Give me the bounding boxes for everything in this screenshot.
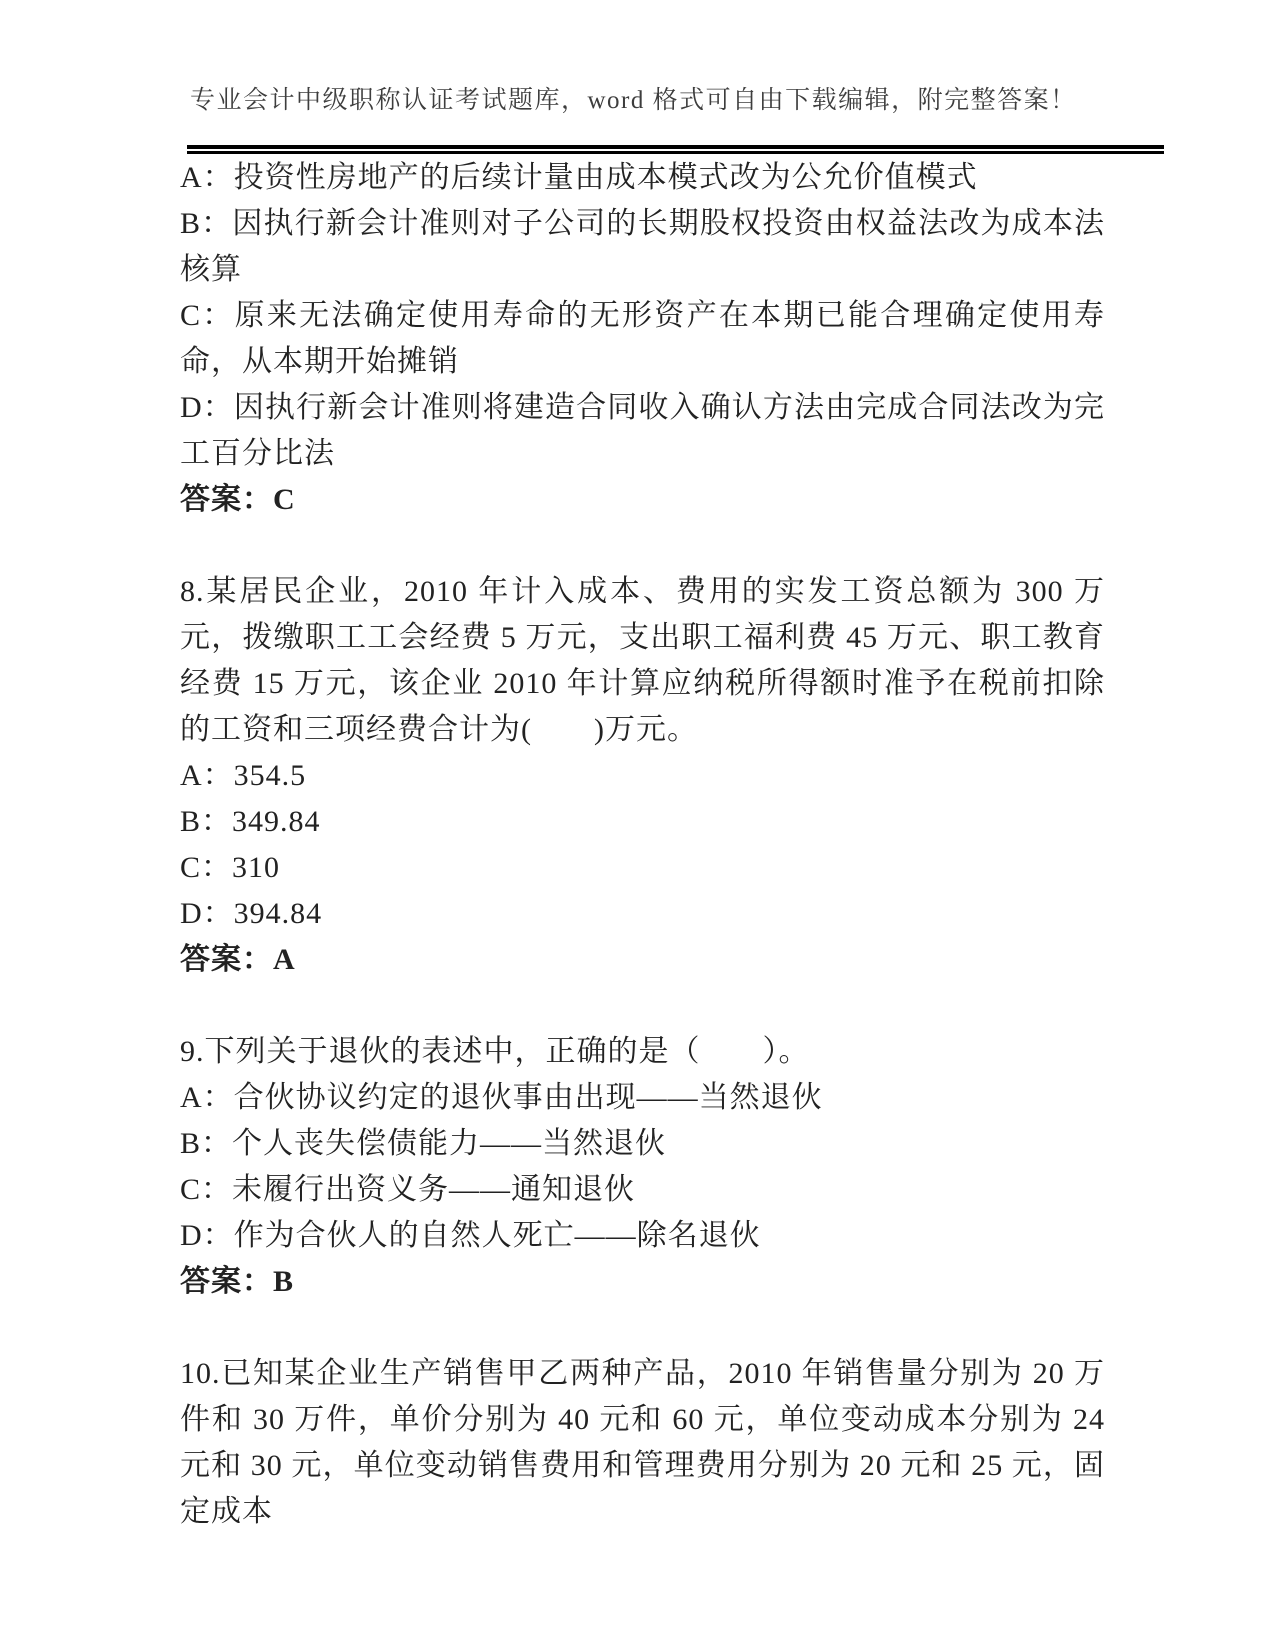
option-c: C：310 [180, 845, 1105, 891]
question-stem: 10.已知某企业生产销售甲乙两种产品，2010 年销售量分别为 20 万件和 3… [180, 1351, 1105, 1535]
header-divider [187, 145, 1164, 154]
option-d: D：394.84 [180, 891, 1105, 937]
question-block-10: 10.已知某企业生产销售甲乙两种产品，2010 年销售量分别为 20 万件和 3… [180, 1351, 1105, 1535]
answer-line: 答案：C [180, 477, 1105, 523]
option-a: A：354.5 [180, 753, 1105, 799]
question-stem: 8.某居民企业，2010 年计入成本、费用的实发工资总额为 300 万元，拨缴职… [180, 569, 1105, 753]
option-d: D：作为合伙人的自然人死亡——除名退伙 [180, 1213, 1105, 1259]
questions-content: A：投资性房地产的后续计量由成本模式改为公允价值模式 B：因执行新会计准则对子公… [180, 155, 1105, 1535]
option-b: B：349.84 [180, 799, 1105, 845]
option-b: B：个人丧失偿债能力——当然退伙 [180, 1121, 1105, 1167]
option-b: B：因执行新会计准则对子公司的长期股权投资由权益法改为成本法核算 [180, 201, 1105, 293]
answer-line: 答案：A [180, 937, 1105, 983]
option-a: A：合伙协议约定的退伙事由出现——当然退伙 [180, 1075, 1105, 1121]
question-block-9: 9.下列关于退伙的表述中，正确的是（ ）。 A：合伙协议约定的退伙事由出现——当… [180, 1029, 1105, 1305]
page-header: 专业会计中级职称认证考试题库，word 格式可自由下载编辑，附完整答案！ [190, 80, 1077, 116]
question-stem: 9.下列关于退伙的表述中，正确的是（ ）。 [180, 1029, 1105, 1075]
question-block-8: 8.某居民企业，2010 年计入成本、费用的实发工资总额为 300 万元，拨缴职… [180, 569, 1105, 983]
option-c: C：未履行出资义务——通知退伙 [180, 1167, 1105, 1213]
question-block-7: A：投资性房地产的后续计量由成本模式改为公允价值模式 B：因执行新会计准则对子公… [180, 155, 1105, 523]
option-c: C：原来无法确定使用寿命的无形资产在本期已能合理确定使用寿命，从本期开始摊销 [180, 293, 1105, 385]
answer-line: 答案：B [180, 1259, 1105, 1305]
option-a: A：投资性房地产的后续计量由成本模式改为公允价值模式 [180, 155, 1105, 201]
option-d: D：因执行新会计准则将建造合同收入确认方法由完成合同法改为完工百分比法 [180, 385, 1105, 477]
document-page: 专业会计中级职称认证考试题库，word 格式可自由下载编辑，附完整答案！ A：投… [0, 0, 1275, 1650]
